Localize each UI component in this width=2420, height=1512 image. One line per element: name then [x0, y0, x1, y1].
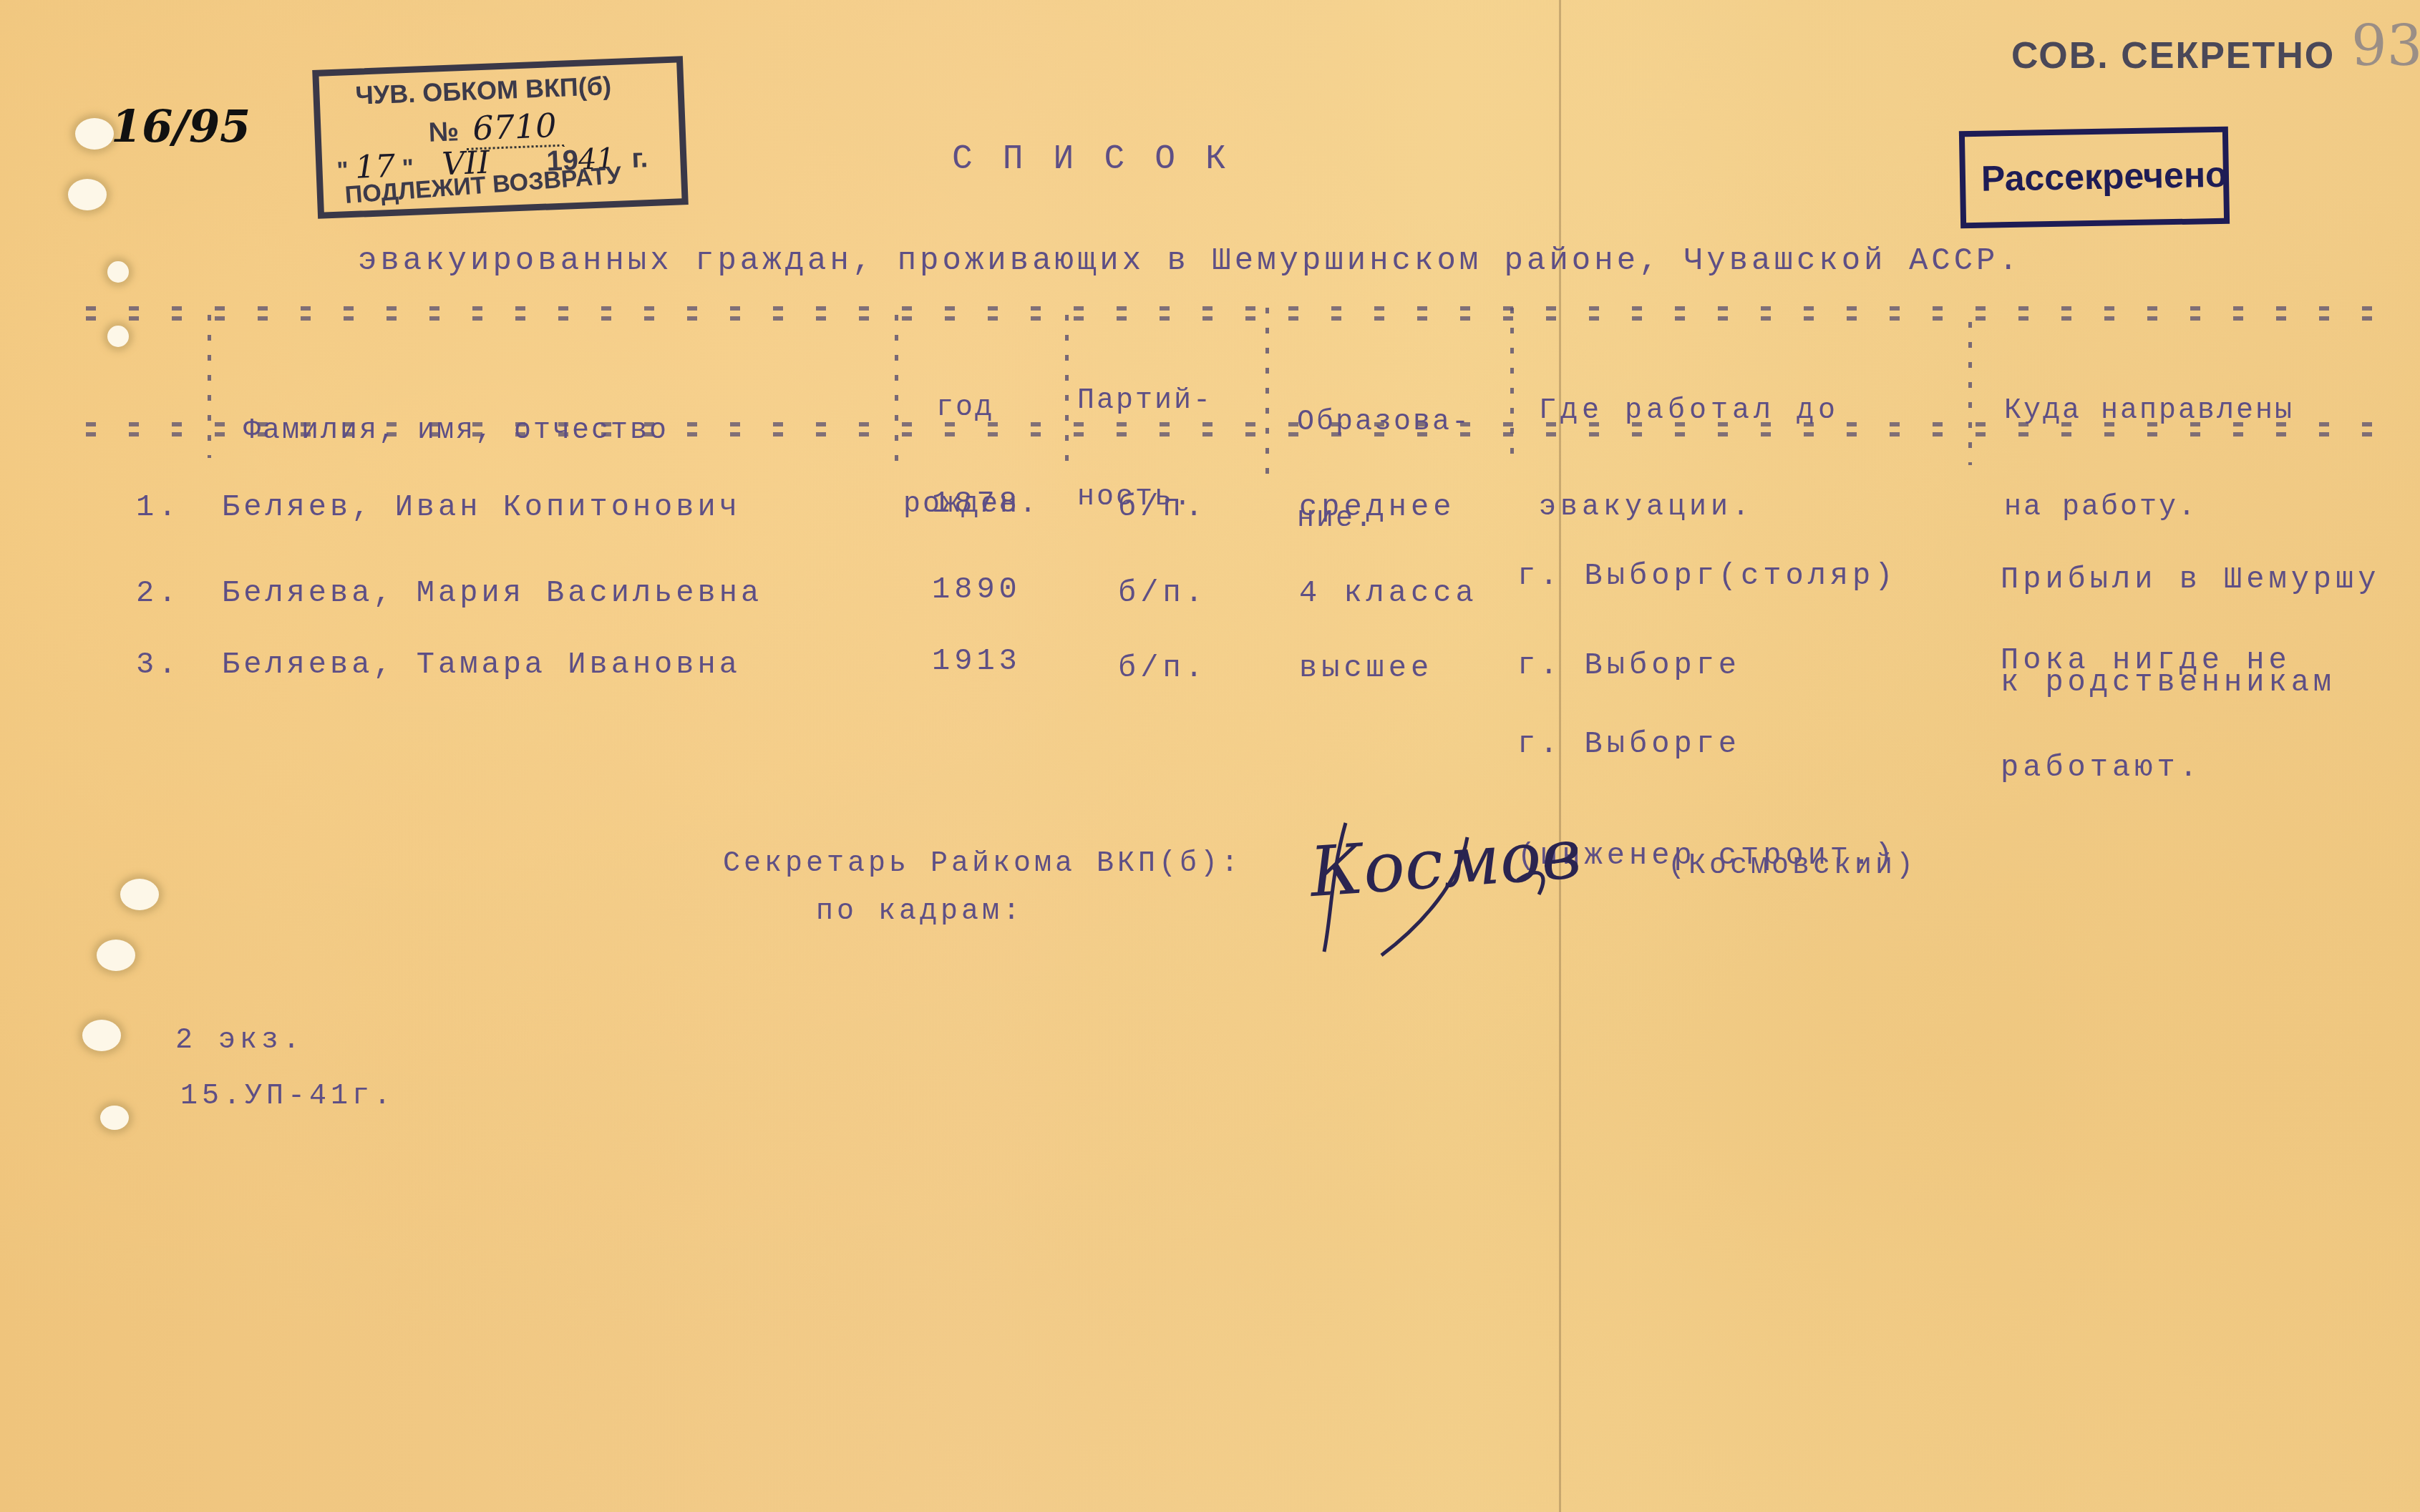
column-divider: [1065, 315, 1069, 472]
punch-hole: [107, 261, 129, 283]
table-top-rule: [86, 306, 2405, 323]
signature-flourish: [1303, 816, 1575, 959]
header-education: Образова- ние.: [1297, 342, 1471, 567]
document-subtitle: эвакуированных граждан, проживающих в Ше…: [358, 243, 2021, 279]
signatory-title: Секретарь Райкома ВКП(б):: [723, 848, 1242, 880]
row-name: Беляев, Иван Копитонович: [222, 490, 741, 525]
punch-hole: [97, 940, 135, 971]
row-year: 1878: [932, 487, 1021, 521]
declassified-stamp: Рассекречено: [1959, 127, 2230, 229]
signatory-printed-name: (Космовский): [1668, 850, 1917, 882]
row-number: 2.: [136, 576, 180, 610]
document-title: СПИСОК: [952, 140, 1256, 179]
row-education: высшее: [1299, 651, 1433, 686]
column-divider: [208, 315, 211, 458]
row-year: 1913: [932, 644, 1021, 678]
handwritten-reference: 16/95: [111, 100, 251, 152]
stamp-org: ЧУВ. ОБКОМ ВКП(б): [355, 71, 612, 111]
column-divider: [1265, 308, 1269, 487]
secrecy-stamp: СОВ. СЕКРЕТНО: [2011, 34, 2335, 77]
row-number: 1.: [136, 490, 180, 525]
punch-hole: [120, 879, 159, 910]
row-destination: Пока нигде не работают.: [2001, 571, 2291, 857]
copies-note: 2 экз.: [175, 1025, 304, 1057]
punch-hole: [75, 118, 114, 150]
column-divider: [1968, 322, 1972, 465]
row-year: 1890: [932, 572, 1021, 607]
row-party: б/п.: [1118, 490, 1207, 525]
column-divider: [1510, 308, 1514, 465]
punch-hole: [68, 179, 107, 210]
punch-hole: [107, 326, 129, 347]
row-party: б/п.: [1118, 651, 1207, 686]
declassified-text: Рассекречено: [1981, 154, 2228, 200]
punch-hole: [82, 1020, 121, 1051]
column-divider: [895, 315, 898, 472]
registry-stamp: ЧУВ. ОБКОМ ВКП(б) № 6710 " 17 " VII 1941…: [312, 56, 689, 219]
stamp-number-label: №: [428, 117, 460, 148]
document-date: 15.УП-41г.: [180, 1081, 395, 1113]
row-name: Беляева, Тамара Ивановна: [222, 648, 741, 682]
stamp-year-label: г.: [631, 143, 648, 174]
row-number: 3.: [136, 648, 180, 682]
signatory-title-line2: по кадрам:: [816, 896, 1024, 928]
page-number: 93: [2351, 14, 2420, 79]
row-education: среднее: [1299, 490, 1455, 525]
header-full-name: Фамилия, имя, отчество: [243, 351, 669, 479]
punch-hole: [100, 1106, 129, 1130]
row-name: Беляева, Мария Васильевна: [222, 576, 762, 610]
row-party: б/п.: [1118, 576, 1207, 610]
row-education: 4 класса: [1299, 576, 1478, 610]
